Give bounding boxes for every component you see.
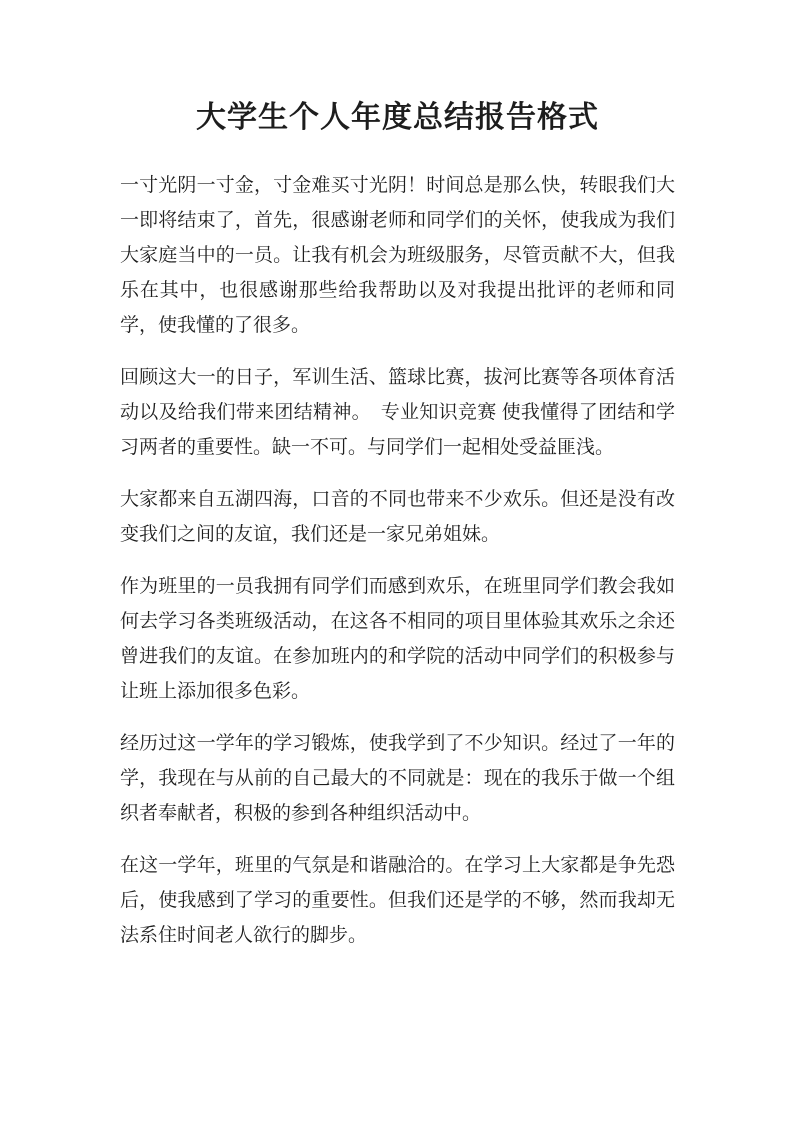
paragraph-class-participation: 作为班里的一员我拥有同学们而感到欢乐，在班里同学们教会我如何去学习各类班级活动，… — [120, 569, 675, 709]
paragraph-classmates-friendship: 大家都来自五湖四海，口音的不同也带来不少欢乐。但还是没有改变我们之间的友谊，我们… — [120, 482, 675, 552]
paragraph-activities-review: 回顾这大一的日子，军训生活、篮球比赛，拔河比赛等各项体育活动以及给我们带来团结精… — [120, 360, 675, 465]
document-page: 大学生个人年度总结报告格式 一寸光阴一寸金，寸金难买寸光阴！时间总是那么快，转眼… — [0, 0, 793, 1122]
paragraph-study-growth: 经历过这一学年的学习锻炼，使我学到了不少知识。经过了一年的学，我现在与从前的自己… — [120, 726, 675, 831]
document-title: 大学生个人年度总结报告格式 — [120, 98, 675, 138]
paragraph-intro-gratitude: 一寸光阴一寸金，寸金难买寸光阴！时间总是那么快，转眼我们大一即将结束了，首先，很… — [120, 168, 675, 343]
paragraph-class-atmosphere: 在这一学年，班里的气氛是和谐融洽的。在学习上大家都是争先恐后，使我感到了学习的重… — [120, 848, 675, 953]
